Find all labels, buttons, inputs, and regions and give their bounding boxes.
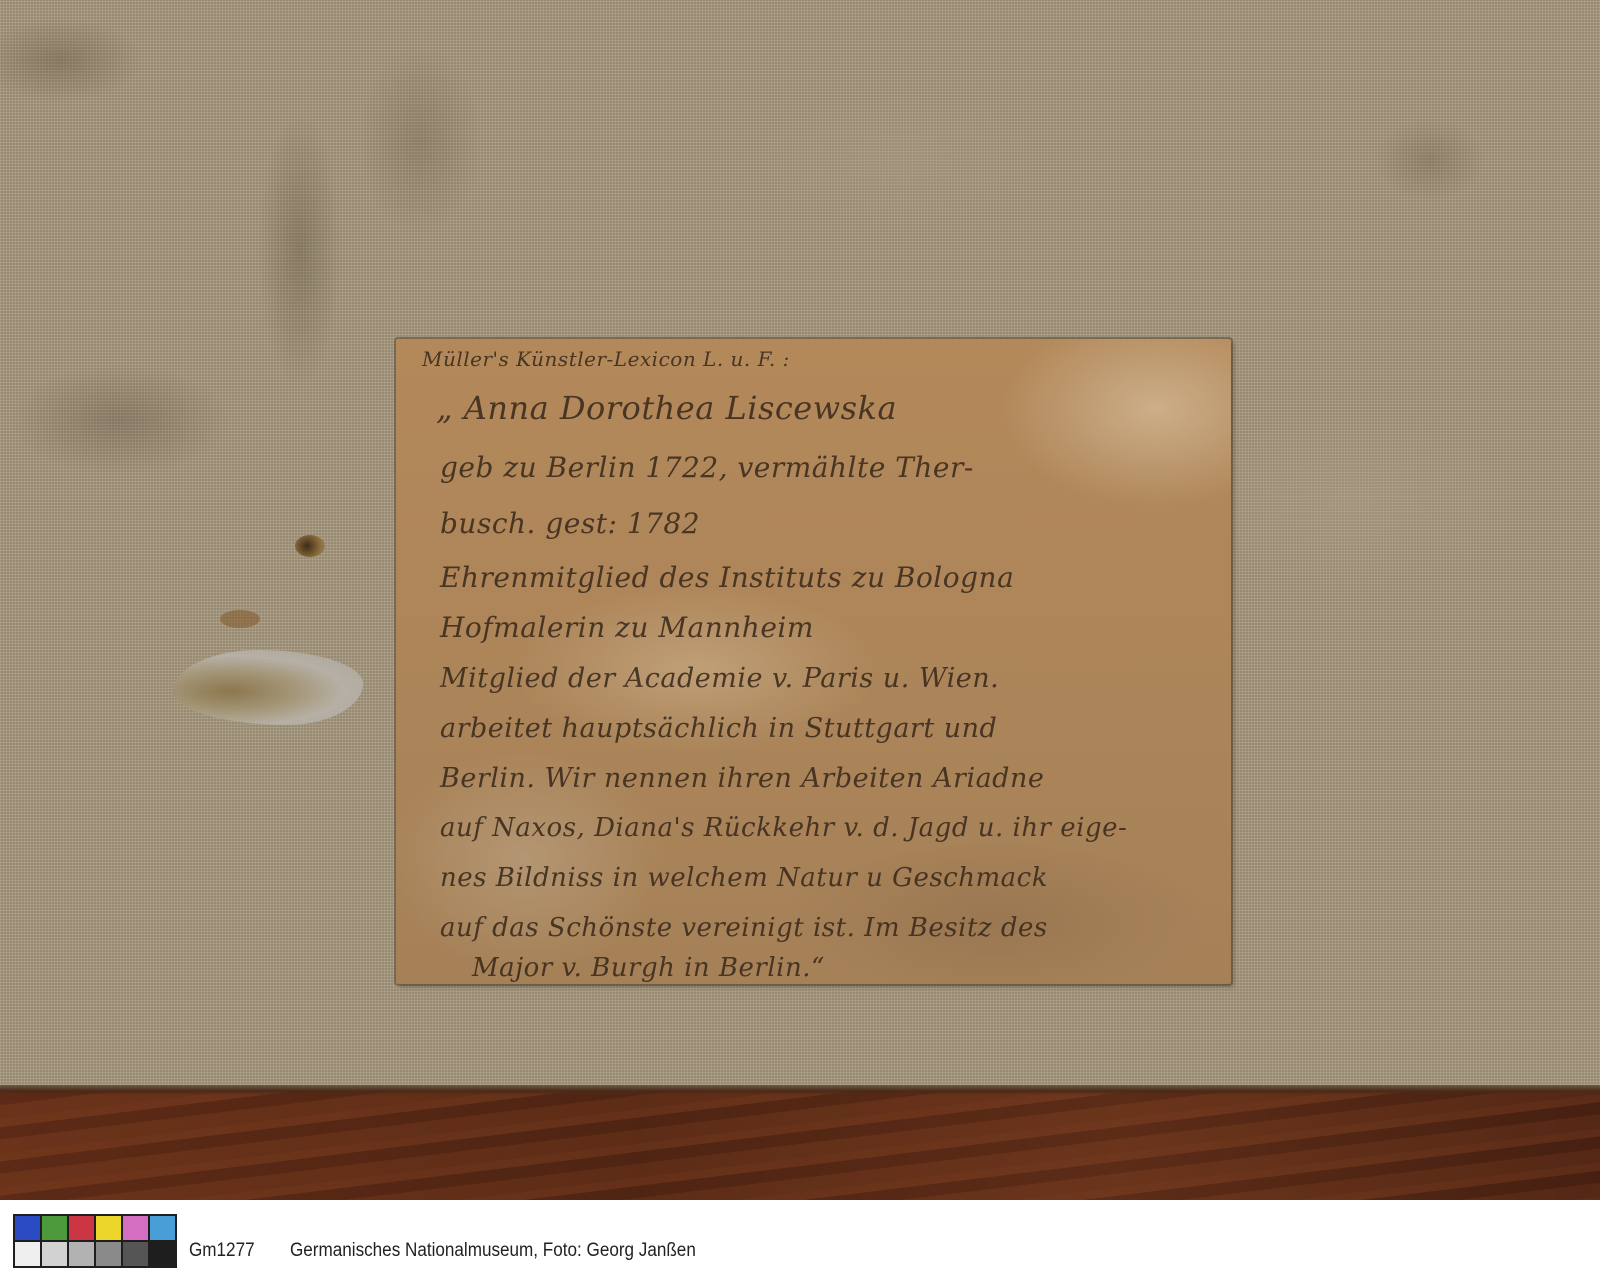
label-line-artist-name: „ Anna Dorothea Liscewska [436,389,897,427]
label-line: Hofmalerin zu Mannheim [440,611,814,644]
photo-footer: Gm1277 Germanisches Nationalmuseum, Foto… [0,1200,1600,1281]
handwritten-paper-label: Müller's Künstler-Lexicon L. u. F. : „ A… [396,339,1231,984]
inventory-number: Gm1277 [189,1240,255,1262]
swatch-yellow [96,1216,121,1240]
label-line: Ehrenmitglied des Instituts zu Bologna [440,561,1014,594]
wooden-frame-strip [0,1085,1600,1200]
label-line: auf das Schönste vereinigt ist. Im Besit… [440,913,1048,943]
label-line: Mitglied der Academie v. Paris u. Wien. [440,663,999,694]
label-line: nes Bildniss in welchem Natur u Geschmac… [440,863,1048,893]
swatch-light-gray [42,1242,67,1266]
swatch-blue [15,1216,40,1240]
swatch-dark-gray [123,1242,148,1266]
swatch-gray [69,1242,94,1266]
swatch-white [15,1242,40,1266]
label-line: Major v. Burgh in Berlin.“ [472,953,825,983]
label-line: geb zu Berlin 1722, vermählte Ther- [440,451,974,484]
label-line-source: Müller's Künstler-Lexicon L. u. F. : [422,347,790,371]
canvas-back-linen: Müller's Künstler-Lexicon L. u. F. : „ A… [0,0,1600,1085]
swatch-red [69,1216,94,1240]
label-line: auf Naxos, Diana's Rückkehr v. d. Jagd u… [440,813,1127,843]
label-line: Berlin. Wir nennen ihren Arbeiten Ariadn… [440,763,1044,794]
swatch-green [42,1216,67,1240]
label-line: busch. gest: 1782 [440,507,700,540]
label-line: arbeitet hauptsächlich in Stuttgart und [440,713,997,744]
swatch-cyan [150,1216,175,1240]
wax-drop [295,535,325,557]
swatch-black [150,1242,175,1266]
photo-credit: Germanisches Nationalmuseum, Foto: Georg… [290,1240,696,1262]
swatch-magenta [123,1216,148,1240]
swatch-mid-gray [96,1242,121,1266]
wax-residue-patch [173,650,363,725]
stain-mark [220,610,260,628]
color-calibration-chart [13,1214,177,1268]
